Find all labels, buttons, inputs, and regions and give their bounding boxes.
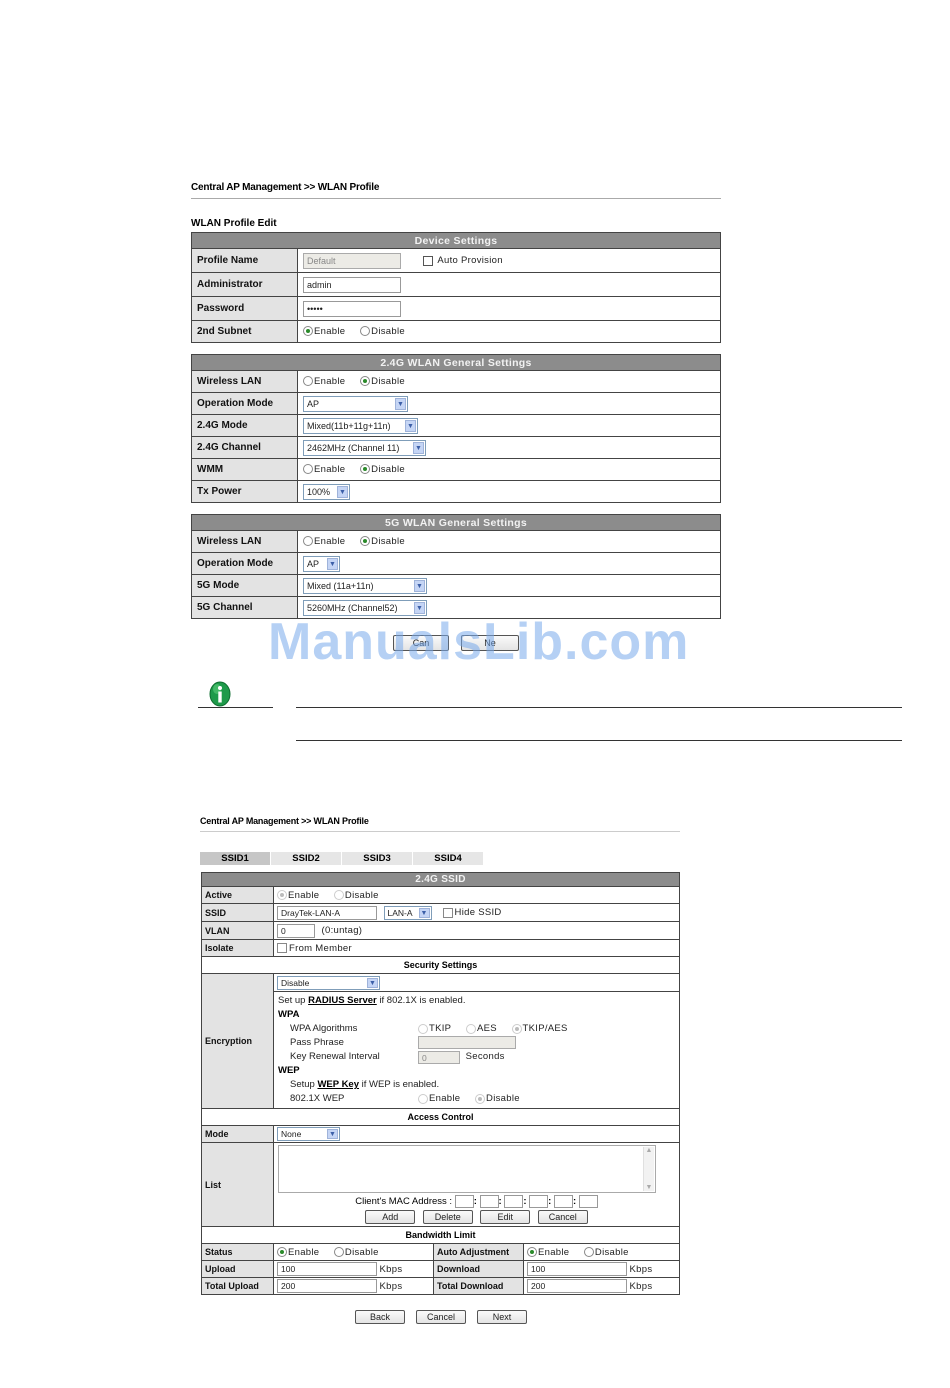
encryption-label: Encryption: [202, 974, 274, 1109]
channel-24g-label: 2.4G Channel: [192, 437, 298, 459]
auto-adjust-disable-radio[interactable]: [584, 1247, 594, 1257]
radio-label: Disable: [345, 1247, 379, 1258]
note-divider: [198, 707, 273, 708]
operation-mode-label: Operation Mode: [192, 553, 298, 575]
isolate-member-checkbox[interactable]: [277, 943, 287, 953]
mac-octet-1[interactable]: [455, 1195, 474, 1208]
total-upload-label: Total Upload: [202, 1278, 274, 1295]
total-upload-input[interactable]: 200: [277, 1279, 377, 1293]
active-label: Active: [202, 887, 274, 904]
ssid-tabs: SSID1SSID2SSID3SSID4: [200, 848, 484, 866]
chevron-down-icon: ▼: [327, 558, 338, 570]
isolate-member-label: From Member: [289, 943, 352, 954]
select-value: None: [281, 1129, 301, 1139]
chevron-down-icon: ▼: [395, 398, 406, 410]
breadcrumb: Central AP Management >> WLAN Profile: [191, 182, 379, 193]
channel-5g-label: 5G Channel: [192, 597, 298, 619]
radio-label: Disable: [595, 1247, 629, 1258]
unit: Kbps: [630, 1281, 653, 1292]
cancel-button[interactable]: Can: [393, 635, 449, 651]
radio-label: Enable: [429, 1093, 460, 1104]
radio-label: Disable: [371, 326, 405, 337]
key-renewal-label: Key Renewal Interval: [290, 1051, 380, 1062]
next-button[interactable]: Next: [477, 1310, 527, 1324]
wlan24-header: 2.4G WLAN General Settings: [192, 355, 721, 371]
scroll-up-icon: ▲: [644, 1147, 654, 1154]
radio-label: Disable: [345, 890, 379, 901]
radio-label: Enable: [288, 1247, 319, 1258]
back-button[interactable]: Back: [355, 1310, 405, 1324]
administrator-label: Administrator: [192, 273, 298, 297]
note-rule-bottom: [296, 740, 902, 741]
radio-label: Disable: [371, 464, 405, 475]
download-label: Download: [434, 1261, 524, 1278]
select-value: LAN-A: [388, 908, 413, 918]
operation-mode-label: Operation Mode: [192, 393, 298, 415]
delete-button[interactable]: Delete: [423, 1210, 473, 1224]
wlan24-disable-radio[interactable]: [360, 376, 370, 386]
chevron-down-icon: ▼: [413, 442, 424, 454]
info-icon: [207, 681, 233, 707]
wlan24-mode-select[interactable]: Mixed(11b+11g+11n)▼: [303, 418, 418, 434]
wpa-aes-radio[interactable]: [466, 1024, 476, 1034]
next-button[interactable]: Ne: [461, 635, 519, 651]
hide-ssid-label: Hide SSID: [455, 907, 502, 918]
edit-button[interactable]: Edit: [480, 1210, 530, 1224]
wmm-label: WMM: [192, 459, 298, 481]
select-value: AP: [307, 559, 319, 569]
tab-ssid4[interactable]: SSID4: [413, 852, 483, 865]
select-value: Mixed (11a+11n): [307, 581, 373, 591]
mac-address-label: Client's MAC Address :: [355, 1196, 452, 1207]
wpa-tkip-aes-radio[interactable]: [512, 1024, 522, 1034]
active-disable-radio[interactable]: [334, 890, 344, 900]
vlan-hint: (0:untag): [322, 925, 363, 936]
wep-8021x-enable-radio[interactable]: [418, 1094, 428, 1104]
wlan5-operation-mode-select[interactable]: AP▼: [303, 556, 340, 572]
wpa-tkip-radio[interactable]: [418, 1024, 428, 1034]
hide-ssid-checkbox[interactable]: [443, 908, 453, 918]
radio-label: Disable: [371, 536, 405, 547]
ssid-input[interactable]: DrayTek-LAN-A: [277, 906, 377, 920]
wlan24-enable-radio[interactable]: [303, 376, 313, 386]
tx-power-label: Tx Power: [192, 481, 298, 503]
wpa-title: WPA: [278, 1009, 299, 1020]
pass-phrase-input[interactable]: [418, 1036, 516, 1049]
radio-label: Enable: [314, 376, 345, 387]
mode-5g-label: 5G Mode: [192, 575, 298, 597]
wlan5-header: 5G WLAN General Settings: [192, 515, 721, 531]
mac-octet-5[interactable]: [554, 1195, 573, 1208]
radio-label: TKIP/AES: [523, 1023, 568, 1034]
breadcrumb-divider: [191, 198, 721, 199]
ssid-label: SSID: [202, 904, 274, 922]
password-input[interactable]: •••••: [303, 301, 401, 317]
wep-8021x-label: 802.1X WEP: [290, 1093, 344, 1104]
auto-adjustment-label: Auto Adjustment: [434, 1244, 524, 1261]
text: Set up: [278, 995, 305, 1006]
mode-label: Mode: [202, 1126, 274, 1143]
isolate-label: Isolate: [202, 940, 274, 957]
unit: Kbps: [380, 1264, 403, 1275]
radio-label: Enable: [314, 536, 345, 547]
scroll-down-icon: ▼: [644, 1184, 654, 1191]
tx-power-select[interactable]: 100%▼: [303, 484, 350, 500]
radio-label: TKIP: [429, 1023, 451, 1034]
second-subnet-disable-radio[interactable]: [360, 326, 370, 336]
radio-label: Enable: [314, 326, 345, 337]
mac-list-box[interactable]: ▲ ▼: [278, 1145, 656, 1193]
breadcrumb-divider: [200, 831, 680, 832]
radius-note: Set up RADIUS Server if 802.1X is enable…: [278, 994, 675, 1008]
active-enable-radio[interactable]: [277, 890, 287, 900]
ssid24-header: 2.4G SSID: [202, 873, 680, 887]
radio-label: AES: [477, 1023, 497, 1034]
chevron-down-icon: ▼: [327, 1129, 338, 1139]
wlan5-enable-radio[interactable]: [303, 536, 313, 546]
wep-title: WEP: [278, 1065, 300, 1076]
encryption-select[interactable]: Disable▼: [277, 976, 380, 990]
bandwidth-limit-header: Bandwidth Limit: [202, 1227, 680, 1244]
radio-label: Enable: [288, 890, 319, 901]
wlan24-operation-mode-select[interactable]: AP▼: [303, 396, 408, 412]
access-control-header: Access Control: [202, 1109, 680, 1126]
wep-key-link[interactable]: WEP Key: [317, 1079, 359, 1090]
pass-phrase-label: Pass Phrase: [290, 1037, 344, 1048]
key-renewal-unit: Seconds: [466, 1051, 505, 1062]
add-button[interactable]: Add: [365, 1210, 415, 1224]
status-label: Status: [202, 1244, 274, 1261]
chevron-down-icon: ▼: [405, 420, 416, 432]
select-value: AP: [307, 399, 319, 409]
scrollbar[interactable]: ▲ ▼: [643, 1147, 654, 1191]
wlan24-settings-panel: 2.4G WLAN General Settings Wireless LAN …: [191, 354, 721, 503]
breadcrumb: Central AP Management >> WLAN Profile: [200, 816, 369, 826]
ssid-settings-panel: 2.4G SSID Active Enable Disable SSID Dra…: [201, 872, 680, 1295]
wlan5-channel-select[interactable]: 5260MHz (Channel52)▼: [303, 600, 427, 616]
administrator-input[interactable]: admin: [303, 277, 401, 293]
select-value: 5260MHz (Channel52): [307, 603, 398, 613]
second-subnet-label: 2nd Subnet: [192, 321, 298, 343]
wmm-disable-radio[interactable]: [360, 464, 370, 474]
mac-octet-2[interactable]: [480, 1195, 499, 1208]
radius-server-link[interactable]: RADIUS Server: [308, 995, 377, 1006]
mac-address-row: Client's MAC Address : : : : : :: [278, 1195, 675, 1209]
download-input[interactable]: 100: [527, 1262, 627, 1276]
upload-label: Upload: [202, 1261, 274, 1278]
profile-name-input[interactable]: Default: [303, 253, 401, 269]
auto-provision-checkbox[interactable]: [423, 256, 433, 266]
device-settings-header: Device Settings: [192, 233, 721, 249]
select-value: 100%: [307, 487, 330, 497]
select-value: Mixed(11b+11g+11n): [307, 421, 391, 431]
chevron-down-icon: ▼: [367, 978, 378, 988]
password-label: Password: [192, 297, 298, 321]
access-mode-select[interactable]: None▼: [277, 1127, 340, 1141]
radio-label: Enable: [314, 464, 345, 475]
tab-ssid1[interactable]: SSID1: [200, 852, 270, 865]
upload-input[interactable]: 100: [277, 1262, 377, 1276]
radio-label: Disable: [486, 1093, 520, 1104]
chevron-down-icon: ▼: [414, 602, 425, 614]
total-download-input[interactable]: 200: [527, 1279, 627, 1293]
wmm-enable-radio[interactable]: [303, 464, 313, 474]
cancel-button[interactable]: Cancel: [416, 1310, 466, 1324]
section-title: WLAN Profile Edit: [191, 218, 277, 229]
chevron-down-icon: ▼: [419, 908, 430, 918]
mac-buttons-row: Add Delete Edit Cancel: [278, 1210, 675, 1224]
profile-name-label: Profile Name: [192, 249, 298, 273]
wlan5-disable-radio[interactable]: [360, 536, 370, 546]
mac-octet-6[interactable]: [579, 1195, 598, 1208]
unit: Kbps: [630, 1264, 653, 1275]
tab-ssid3[interactable]: SSID3: [342, 852, 412, 865]
text: if WEP is enabled.: [362, 1079, 439, 1090]
unit: Kbps: [380, 1281, 403, 1292]
auto-provision-label: Auto Provision: [437, 255, 502, 266]
vlan-label: VLAN: [202, 922, 274, 940]
bandwidth-disable-radio[interactable]: [334, 1247, 344, 1257]
access-cancel-button[interactable]: Cancel: [538, 1210, 588, 1224]
total-download-label: Total Download: [434, 1278, 524, 1295]
wireless-lan-label: Wireless LAN: [192, 531, 298, 553]
lan-select[interactable]: LAN-A▼: [384, 906, 432, 920]
bandwidth-enable-radio[interactable]: [277, 1247, 287, 1257]
select-value: Disable: [281, 978, 309, 988]
chevron-down-icon: ▼: [414, 580, 425, 592]
tab-ssid2[interactable]: SSID2: [271, 852, 341, 865]
wpa-algorithms-label: WPA Algorithms: [290, 1023, 357, 1034]
wlan5-settings-panel: 5G WLAN General Settings Wireless LAN En…: [191, 514, 721, 619]
mac-octet-4[interactable]: [529, 1195, 548, 1208]
wlan5-mode-select[interactable]: Mixed (11a+11n)▼: [303, 578, 427, 594]
mode-24g-label: 2.4G Mode: [192, 415, 298, 437]
auto-adjust-enable-radio[interactable]: [527, 1247, 537, 1257]
select-value: 2462MHz (Channel 11): [307, 443, 399, 453]
text: if 802.1X is enabled.: [379, 995, 465, 1006]
security-settings-header: Security Settings: [202, 957, 680, 974]
mac-octet-3[interactable]: [504, 1195, 523, 1208]
note-rule-top: [296, 707, 902, 708]
wep-8021x-disable-radio[interactable]: [475, 1094, 485, 1104]
vlan-input[interactable]: 0: [277, 924, 315, 938]
list-label: List: [202, 1143, 274, 1227]
wireless-lan-label: Wireless LAN: [192, 371, 298, 393]
text: Setup: [290, 1079, 315, 1090]
key-renewal-input[interactable]: 0: [418, 1051, 460, 1064]
device-settings-panel: Device Settings Profile Name Default Aut…: [191, 232, 721, 343]
chevron-down-icon: ▼: [337, 486, 348, 498]
wlan24-channel-select[interactable]: 2462MHz (Channel 11)▼: [303, 440, 426, 456]
radio-label: Enable: [538, 1247, 569, 1258]
second-subnet-enable-radio[interactable]: [303, 326, 313, 336]
radio-label: Disable: [371, 376, 405, 387]
